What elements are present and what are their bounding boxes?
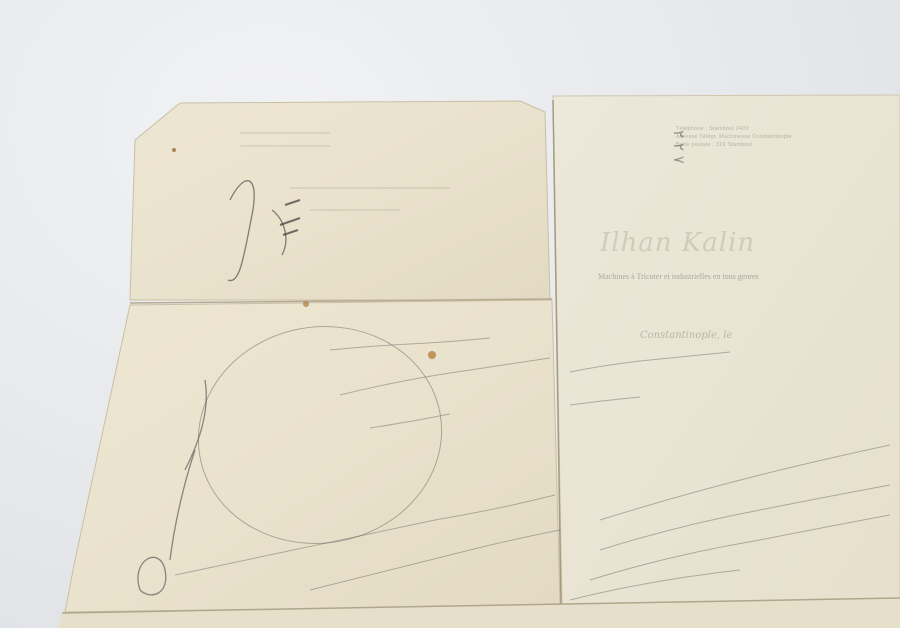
letterhead-block: Téléphone : Stamboul 2403 Adresse Télégr… bbox=[676, 125, 896, 149]
letterhead-telegraph: Adresse Télégr. Machinesse Constantinopl… bbox=[676, 133, 896, 141]
company-tagline: Machines à Tricoter et industrielles en … bbox=[598, 272, 759, 281]
document-left-sheet bbox=[0, 0, 900, 628]
city-dateline: Constantinople, le bbox=[640, 330, 732, 341]
photo-scene: Téléphone : Stamboul 2403 Adresse Télégr… bbox=[0, 0, 900, 628]
letterhead-po-box: Boîte postale : 319 Stamboul bbox=[676, 141, 896, 149]
pencil-numerals: ٧ ٢ ٢ bbox=[670, 130, 688, 164]
letterhead-phone: Téléphone : Stamboul 2403 bbox=[676, 125, 896, 133]
company-name: Ilhan Kalin bbox=[600, 228, 755, 258]
